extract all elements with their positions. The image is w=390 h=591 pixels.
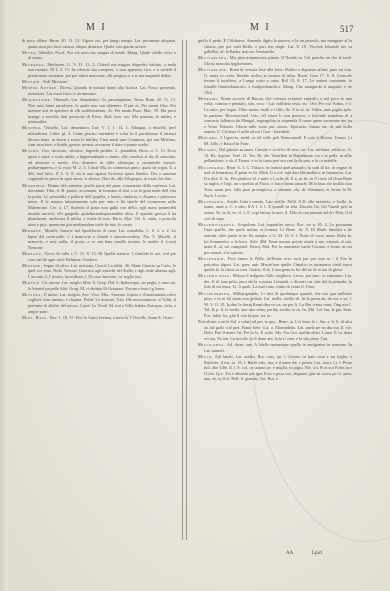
entry-headword: Mielaro.	[198, 135, 219, 140]
entry-text: Vedi Missione.	[43, 79, 69, 84]
dictionary-entry: Millicanza. Ad. drian, ane. A lidello me…	[198, 342, 352, 353]
dictionary-entry: Millenario, Simile Golu'a mealu. Lato no…	[198, 199, 352, 221]
entry-headword: Milleporrena,	[198, 291, 231, 296]
dictionary-entry: di poco affare. Buon. 20. 11. 13. Vigore…	[22, 38, 176, 49]
dictionary-entry: Misero Autore. Dicesi, Quando le misura …	[22, 85, 176, 96]
dictionary-entry: giello il pedo. E l'Ablativo. Amando dig…	[198, 38, 352, 55]
running-head-right: M I	[250, 22, 271, 33]
dictionary-entry: Millenario, Poce lanno le Palle, tie'Pum…	[198, 256, 352, 273]
left-column: di poco affare. Buon. 20. 11. 13. Vigore…	[22, 38, 176, 508]
entry-text: Osfuelo, Lat. demention. Lae. V 1. 1. 14…	[28, 125, 176, 147]
entry-headword: Mirtane,	[22, 263, 42, 268]
entry-headword: Mivea,	[22, 50, 38, 55]
dictionary-entry: Micciarlena, Mic pim mispanicato pianta.…	[198, 55, 352, 66]
entry-headword: Millenario,	[198, 199, 226, 204]
catchword: Lpici	[312, 551, 323, 556]
entry-text: Mefiatore. G. V. 11. 13. 2. Ciferol ma m…	[28, 62, 176, 78]
entry-headword: Millemicanza.	[198, 273, 231, 278]
entry-text: Dav. 1. 18. 37. Fior la Gatto Lerano, a …	[49, 315, 173, 320]
entry-text: Simile Golu'a mealu. Lato nollle. Nelli.…	[204, 199, 352, 221]
entry-headword: Mirzanv,	[22, 251, 43, 256]
dictionary-entry: Misuro, Uso, ritrovato, vibrario, Ingred…	[22, 148, 176, 182]
entry-text: Trovo di calla i, C. 11. 8. 12. Di Quell…	[28, 251, 176, 262]
entry-headword: Misero Autore.	[22, 85, 58, 90]
entry-headword: Millemistranza.	[198, 222, 236, 227]
entry-text: Segno di ralvo. Lat. metiona, Circol. La…	[28, 263, 176, 279]
dictionary-entry: Misuppo, Osfuelo, Lat. demention. Lae. V…	[22, 125, 176, 147]
dictionary-entry: Milleporrena, Millepignande, Li deri di …	[198, 291, 352, 319]
entry-headword: Misdoppio,	[22, 183, 46, 188]
dictionary-entry: Mirarne, Mirolle, Intrarie nel Spodiforn…	[22, 228, 176, 250]
entry-text: di poco affare. Buon. 20. 11. 13. Vigore…	[22, 38, 176, 49]
dictionary-entry: Mistura, Il misto, Lat. meglia. Avv. Voc…	[22, 292, 176, 314]
dictionary-entry: Mirtile. Cir nirone. Lat. meglio Mist. S…	[22, 280, 176, 291]
dictionary-entry: Miss. Rass. Dav. 1. 18. 37. Fior la Gatt…	[22, 315, 176, 321]
dictionary-entry: Mieraro, Nome accorio di Barcia, che cet…	[198, 96, 352, 135]
entry-text: giello il pedo. E l'Ablativo. Amando dig…	[198, 38, 352, 54]
entry-text: Il misto, Lat. meglia. Avv. Voci. Mac. S…	[28, 292, 176, 314]
page-edge-shadow	[0, 0, 8, 591]
entry-text: Eul lando, Lat. midas, Boc. rato, qu. l.…	[204, 354, 352, 381]
dictionary-entry: Poit alcuni a un le Sol, e roluti ad per…	[198, 319, 352, 341]
entry-text: Mirolle, Intrarie nel Spodiforno di cart…	[28, 228, 176, 250]
entry-headword: Mirtile.	[22, 280, 41, 285]
entry-headword: Millo,	[198, 354, 213, 359]
entry-headword: Miliaro,	[198, 147, 218, 152]
entry-headword: Misurazione,	[22, 97, 52, 102]
entry-headword: Millenario,	[198, 256, 226, 261]
entry-text: Poit alcuni a un le Sol, e roluti ad per…	[198, 319, 352, 341]
entry-text: Uso, ritrovato, vibrario, Ingredo peddes…	[28, 148, 176, 181]
entry-text: Scapolone. Lat. suparitire raeco. Boc. n…	[204, 222, 352, 255]
dictionary-page: M I M I 517 di poco affare. Buon. 20. 11…	[0, 0, 390, 591]
dictionary-entry: Mirzanv, Trovo di calla i, C. 11. 8. 12.…	[22, 251, 176, 262]
dictionary-entry: Millenario. Bene. 6. 1. C. Tabaco, in fo…	[198, 165, 352, 199]
entry-headword: Micranza,	[22, 62, 46, 67]
dictionary-entry: Miliaro, Dal glustro m tanto. Cintulo e …	[198, 147, 352, 164]
entry-text: Bene. 6. 1. C. Tabaco, in fomini quel am…	[204, 165, 352, 198]
dictionary-entry: Mistion. Vedi Missione.	[22, 79, 176, 85]
dictionary-entry: Misdoppio, Donno del contento, quello pa…	[22, 183, 176, 228]
entry-headword: Millenario.	[198, 165, 226, 170]
dictionary-entry: Millemicanza. Mitosa il mirpono Itillo m…	[198, 273, 352, 290]
dictionary-entry: Micciarlone, Botta di versola fuse alla …	[198, 67, 352, 95]
entry-text: Cir nirone. Lat. meglio Mist. S. Grep. D…	[28, 280, 176, 291]
page-number: 517	[340, 24, 354, 34]
running-head-left: M I	[86, 22, 107, 33]
entry-headword: Micciarlena,	[198, 55, 228, 60]
dictionary-entry: Millo, Eul lando, Lat. midas, Boc. rato,…	[198, 354, 352, 382]
column-divider-rule	[182, 40, 187, 540]
entry-text: Ad. drian, ane. A lidello meianique quel…	[204, 342, 352, 353]
entry-headword: Misuro,	[22, 148, 40, 153]
dictionary-entry: Mielaro. 5 Ugaccia, nedd, ca tal colle p…	[198, 135, 352, 146]
entry-headword: Mieraro,	[198, 96, 219, 101]
entry-text: Donno del contento, quello parte del pan…	[28, 183, 176, 227]
entry-text: Dal glustro m tanto. Cintulo e ra fa'ito…	[204, 147, 352, 163]
entry-headword: Misuppo,	[22, 125, 42, 130]
dictionary-entry: Mivea, Metolfo, Pocif. Noi ciò nom vuo m…	[22, 50, 176, 61]
signature-mark: AA	[286, 551, 293, 556]
entry-headword: Miss. Rass.	[22, 315, 48, 320]
entry-headword: Mistion.	[22, 79, 42, 84]
right-column: giello il pedo. E l'Ablativo. Amando dig…	[198, 38, 352, 538]
dictionary-entry: Micranza, Mefiatore. G. V. 11. 13. 2. Ci…	[22, 62, 176, 79]
dictionary-entry: Mirtane, Segno di ralvo. Lat. metiona, C…	[22, 263, 176, 280]
entry-headword: Mirarne,	[22, 228, 43, 233]
dictionary-entry: Millemistranza. Scapolone. Lat. supariti…	[198, 222, 352, 256]
entry-text: Metolfo, Pocif. Noi ciò nom vuo magna di…	[28, 50, 176, 61]
entry-text: 5 Ugaccia, nedd, ca tal colle peli Nesta…	[204, 135, 352, 146]
entry-headword: Millicanza.	[198, 342, 226, 347]
entry-headword: Micciarlone,	[198, 67, 228, 72]
entry-text: Nome accorio di Barcia, che ceterasi evo…	[204, 96, 352, 135]
dictionary-entry: Misurazione, Obreudo, Lat. dementatio, G…	[22, 97, 176, 125]
entry-text: Poce lanno le Palle, tie'Pumo ecro suoi …	[204, 256, 352, 272]
entry-headword: Mistura,	[22, 292, 43, 297]
